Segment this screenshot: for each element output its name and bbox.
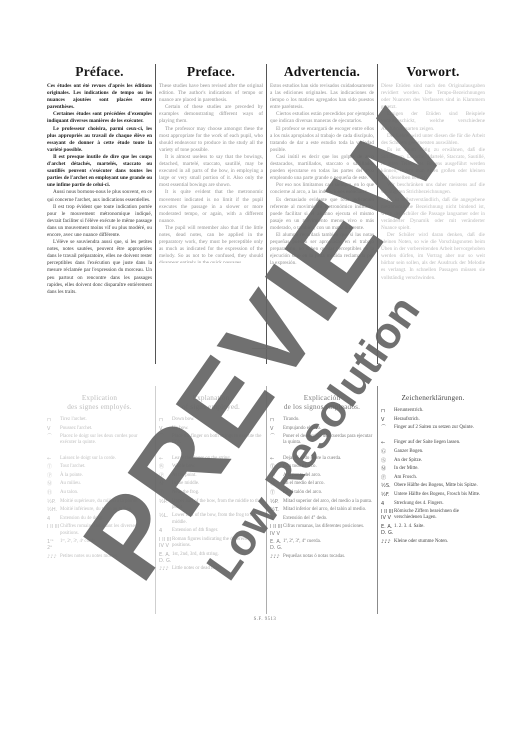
paragraph: Ciertos estudios están precedidos por ej… (270, 111, 374, 125)
sign-item: 4Extensión del 4° dedo. (270, 516, 374, 522)
whole-bow-icon: Ⓣ (47, 464, 60, 470)
sign-item: ⊓Tirez l'archet. (47, 417, 152, 423)
sign-item: ½P.Moitié supérieure, du milieu à la poi… (47, 499, 152, 505)
signs-list-german: ⊓Herunterstrich. VHeraufstrich. ⌒Finger … (381, 408, 485, 545)
extension-icon: 4 (47, 516, 60, 522)
signs-title-english: Explanationof signs employed. (159, 394, 263, 412)
sign-item: VEmpujando el arco. (270, 426, 374, 432)
sign-item: VHeraufstrich. (381, 417, 485, 423)
signs-section: Explicationdes signes employés. ⊓Tirez l… (44, 386, 490, 614)
extension-icon: 4 (159, 528, 172, 534)
middle-icon: Ⓜ (381, 466, 394, 472)
upper-half-icon: ½S. (381, 483, 394, 489)
sign-item: ⌒Placez le doigt sur les deux cordes pou… (47, 434, 152, 446)
up-bow-icon: V (270, 426, 283, 432)
lower-half-icon: ½T. (270, 507, 283, 513)
point-icon: Ⓢ (381, 458, 394, 464)
sign-item: ⒻNear the frog. (159, 490, 263, 496)
sign-item: I II III IV VRoman figures indicating th… (159, 537, 263, 549)
sign-item: ⓂIn the middle. (159, 481, 263, 487)
sign-item: E. A. D. G.1. 2. 3. 4. Saite. (381, 524, 485, 536)
sign-item: ⓉTout l'archet. (47, 464, 152, 470)
fifth-arc-icon: ⌒ (270, 434, 283, 446)
paragraph: The pupil will remember also that if the… (159, 225, 263, 263)
middle-icon: Ⓜ (159, 481, 172, 487)
signs-list-spanish: ⊓Tirando. VEmpujando el arco. ⌒Poner el … (270, 417, 374, 560)
sign-item: ⒼGanzer Bogen. (381, 449, 485, 455)
sign-item: ♪♪♪Little notes or dead notes. (159, 566, 263, 572)
extension-icon: 4 (270, 516, 283, 522)
paragraph: It is almost useless to say that the bow… (159, 154, 263, 189)
paragraph: El alumno recordará también que si las n… (270, 232, 374, 267)
preface-column-spanish: Advertencia. Estos estudios han sido rev… (266, 64, 377, 364)
roman-numerals-icon: I II III IV V (270, 524, 283, 536)
lower-half-icon: ½F. (381, 492, 394, 498)
hold-finger-arrow-icon: ← (47, 456, 60, 462)
plate-number: S.F. 9513 (0, 617, 530, 622)
sign-item: 4Extension of 4th finger. (159, 528, 263, 534)
sign-item: ½L.Lower half of the bow, from the frog … (159, 513, 263, 525)
sign-item: ♪♪♪Kleine oder stumme Noten. (381, 539, 485, 545)
down-bow-icon: ⊓ (381, 408, 394, 414)
score-preface-page: Préface. Ces études ont été revues d'apr… (0, 0, 530, 750)
down-bow-icon: ⊓ (159, 417, 172, 423)
paragraph: Casi inútil es decir que los golpes de a… (270, 154, 374, 182)
paragraph: Es ist selbstverständlich, daß die angeg… (381, 197, 485, 232)
point-icon: Ⓟ (270, 473, 283, 479)
sign-item: ⊓Tirando. (270, 417, 374, 423)
frog-icon: Ⓗ (47, 490, 60, 496)
sign-item: 4Streckung des 4. Fingers. (381, 501, 485, 507)
sign-item: ⌒Place the finger on both strings to exe… (159, 434, 263, 446)
sign-item: ⊓Herunterstrich. (381, 408, 485, 414)
sign-item: I II III IV VRömische Ziffern bezeichnen… (381, 509, 485, 521)
preface-column-french: Préface. Ces études ont été revues d'apr… (44, 64, 155, 364)
paragraph: Certain of these studies are preceded by… (159, 104, 263, 125)
middle-icon: Ⓜ (270, 481, 283, 487)
paragraph: These studies have been revised after th… (159, 83, 263, 104)
paragraph: Aussi nous bornons-nous le plus souvent,… (47, 189, 152, 203)
sign-item: I II III IV VCifras romanas, las diferen… (270, 524, 374, 536)
sign-item: 1ʳᵉ 2ᵉ1ʳᵉ, 2ᵉ, 3ᵉ, 4ᵉ corde. (47, 539, 152, 551)
signs-column-spanish: Explicaciónde los signos empleados. ⊓Tir… (266, 386, 377, 614)
down-bow-icon: ⊓ (270, 417, 283, 423)
preface-title-english: Preface. (159, 64, 263, 80)
paragraph: Es ist kaum nötig zu erwähnen, daß die S… (381, 147, 485, 182)
paragraph: L'élève se souviendra aussi que, si les … (47, 239, 152, 296)
up-bow-icon: V (159, 426, 172, 432)
preface-text-french: Ces études ont été revues d'après les éd… (47, 83, 152, 315)
down-bow-icon: ⊓ (47, 417, 60, 423)
string-names-icon: E. A. D. G. (270, 539, 283, 551)
small-notes-icon: ♪♪♪ (159, 566, 172, 572)
preface-section: Préface. Ces études ont été revues d'apr… (44, 64, 490, 364)
roman-numerals-icon: I II III IV V (159, 537, 172, 549)
sign-item: ⌒Poner el dedo sobre dos cuerdas para ej… (270, 434, 374, 446)
sign-item: ←Leave the finger on the string. (159, 456, 263, 462)
middle-icon: Ⓜ (47, 481, 60, 487)
frog-icon: Ⓕ (159, 490, 172, 496)
paragraph: Certaines études sont précédées d'exempl… (47, 111, 152, 125)
sign-item: ⓈAn der Spitze. (381, 458, 485, 464)
preface-column-german: Vorwort. Diese Etüden sind nach den Orig… (377, 64, 488, 364)
sign-item: E. A. D. G.1st, 2nd, 3rd, 4th string. (159, 552, 263, 564)
sign-item: ⓌWhole bow. (159, 464, 263, 470)
sign-item: ½H.Moitié inférieure, du talon au milieu… (47, 507, 152, 513)
sign-item: VUp bow. (159, 426, 263, 432)
small-notes-icon: ♪♪♪ (381, 539, 394, 545)
paragraph: Il est trop évident que toute indication… (47, 204, 152, 239)
whole-bow-icon: Ⓖ (381, 449, 394, 455)
sign-item: ←Laissez le doigt sur la corde. (47, 456, 152, 462)
extension-icon: 4 (381, 501, 394, 507)
signs-column-french: Explicationdes signes employés. ⊓Tirez l… (44, 386, 155, 614)
sign-item: ←Finger auf der Saite liegen lassen. (381, 440, 485, 446)
paragraph: Der Lehrer wird unter diesen die für die… (381, 133, 485, 147)
up-bow-icon: V (381, 417, 394, 423)
sign-item: ½F.Untere Hälfte des Bogens, Frosch bis … (381, 492, 485, 498)
preface-text-spanish: Estos estudios han sido revisados cuidad… (270, 83, 374, 315)
paragraph: Le professeur choisira, parmi ceux-ci, l… (47, 126, 152, 154)
sign-item: ⓉEn el talón del arco. (270, 490, 374, 496)
paragraph: Es demasiado evidente que toda indicació… (270, 197, 374, 232)
signs-title-german: Zeichenerklärungen. (381, 394, 485, 403)
signs-column-english: Explanationof signs employed. ⊓Down bow.… (155, 386, 266, 614)
hold-finger-arrow-icon: ← (270, 456, 283, 462)
sign-item: ½P.Upper half of the bow, from the middl… (159, 499, 263, 511)
point-icon: Ⓟ (47, 473, 60, 479)
paragraph: Der Schüler wird daran denken, daß die k… (381, 232, 485, 282)
paragraph: Diese Etüden sind nach den Originalausga… (381, 83, 485, 111)
sign-item: ½P.Mitad superior del arco, del medio a … (270, 499, 374, 505)
sign-item: ½T.Mitad inferior del arco, del talón al… (270, 507, 374, 513)
sign-item: E. A. D. G.1ª, 2ª, 3ª, 4ª cuerda. (270, 539, 374, 551)
signs-column-german: Zeichenerklärungen. ⊓Herunterstrich. VHe… (377, 386, 488, 614)
sign-item: ⒻAm Frosch. (381, 475, 485, 481)
paragraph: Einigen der Etüden sind Beispiele voraus… (381, 111, 485, 132)
sign-item: ⓅÀ la pointe. (47, 473, 152, 479)
string-names-icon: 1ʳᵉ 2ᵉ (47, 539, 60, 551)
fifth-arc-icon: ⌒ (159, 434, 172, 446)
frog-icon: Ⓕ (381, 475, 394, 481)
upper-half-icon: ½P. (270, 499, 283, 505)
sign-item: ←Dejar el dedo sobre la cuerda. (270, 456, 374, 462)
preface-column-english: Preface. These studies have been revised… (155, 64, 266, 364)
sign-item: 4Extension du 4e doigt. (47, 516, 152, 522)
roman-numerals-icon: I II III IV V (381, 509, 394, 521)
signs-title-french: Explicationdes signes employés. (47, 394, 152, 412)
paragraph: It is quite evident that the metronomic … (159, 189, 263, 224)
preface-title-spanish: Advertencia. (270, 64, 374, 80)
sign-item: ⓂIn der Mitte. (381, 466, 485, 472)
whole-bow-icon: Ⓣ (270, 464, 283, 470)
hold-finger-arrow-icon: ← (159, 456, 172, 462)
upper-half-icon: ½P. (159, 499, 172, 511)
sign-item: ⓅA la punta del arco. (270, 473, 374, 479)
preface-text-german: Diese Etüden sind nach den Originalausga… (381, 83, 485, 315)
signs-list-english: ⊓Down bow. VUp bow. ⌒Place the finger on… (159, 417, 263, 573)
sign-item: ½S.Obere Hälfte des Bogens, Mitte bis Sp… (381, 483, 485, 489)
paragraph: El profesor se encargará de escoger entr… (270, 126, 374, 154)
sign-item: ⌒Finger auf 2 Saiten zu setzen zur Quint… (381, 425, 485, 431)
paragraph: Ces études ont été revues d'après les éd… (47, 83, 152, 111)
paragraph: Por eso nos limitamos casi siempre, en l… (270, 182, 374, 196)
small-notes-icon: ♪♪♪ (270, 554, 283, 560)
sign-item: VPoussez l'archet. (47, 426, 152, 432)
sign-item: ⒽAu talon. (47, 490, 152, 496)
signs-list-french: ⊓Tirez l'archet. VPoussez l'archet. ⌒Pla… (47, 417, 152, 560)
sign-item: ♪♪♪Petites notes ou notes mortes. (47, 554, 152, 560)
string-names-icon: E. A. D. G. (381, 524, 394, 536)
fifth-arc-icon: ⌒ (381, 425, 394, 431)
preface-title-german: Vorwort. (381, 64, 485, 80)
sign-item: ⊓Down bow. (159, 417, 263, 423)
string-names-icon: E. A. D. G. (159, 552, 172, 564)
lower-half-icon: ½L. (159, 513, 172, 525)
sign-item: ⓅAt the point. (159, 473, 263, 479)
signs-title-spanish: Explicaciónde los signos empleados. (270, 394, 374, 412)
sign-item: ⓂAu milieu. (47, 481, 152, 487)
whole-bow-icon: Ⓦ (159, 464, 172, 470)
hold-finger-arrow-icon: ← (381, 440, 394, 446)
sign-item: I II IIIChiffres romains indiquant les d… (47, 524, 152, 536)
up-bow-icon: V (47, 426, 60, 432)
roman-numerals-icon: I II III (47, 524, 60, 536)
point-icon: Ⓟ (159, 473, 172, 479)
upper-half-icon: ½P. (47, 499, 60, 505)
fifth-arc-icon: ⌒ (47, 434, 60, 446)
paragraph: The professor may choose amongst these t… (159, 126, 263, 154)
sign-item: ⓉCon todo el arco. (270, 464, 374, 470)
lower-half-icon: ½H. (47, 507, 60, 513)
paragraph: Il est presque inutile de dire que les c… (47, 154, 152, 189)
section-divider (252, 348, 278, 349)
sign-item: ♪♪♪Pequeñas notas ó notas tocadas. (270, 554, 374, 560)
paragraph: Wir beschränken uns daher meistens auf d… (381, 182, 485, 196)
frog-icon: Ⓣ (270, 490, 283, 496)
sign-item: ⓂEn el medio del arco. (270, 481, 374, 487)
preface-text-english: These studies have been revised after th… (159, 83, 263, 263)
small-notes-icon: ♪♪♪ (47, 554, 60, 560)
paragraph: Estos estudios han sido revisados cuidad… (270, 83, 374, 111)
preface-title-french: Préface. (47, 64, 152, 80)
